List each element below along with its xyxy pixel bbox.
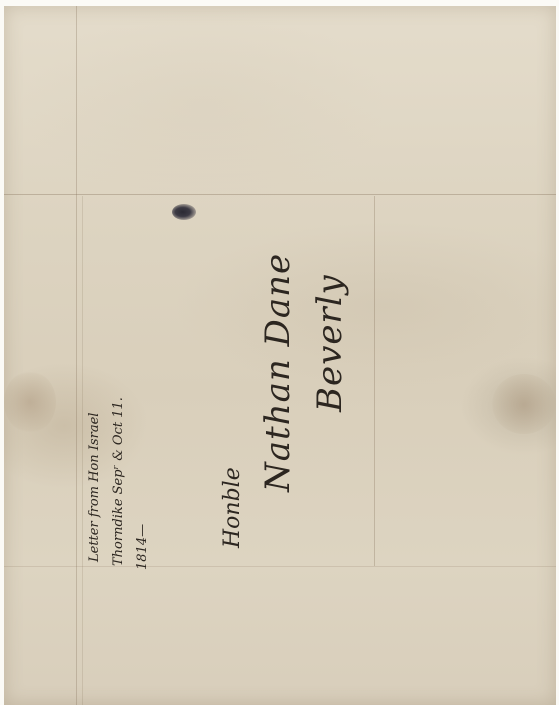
fold-line-right xyxy=(374,196,375,566)
address-honorific: Honble xyxy=(220,467,245,548)
docket-line-3: 1814— xyxy=(134,524,151,570)
fold-line-bottom xyxy=(4,566,556,567)
ink-blot xyxy=(172,204,196,220)
address-place: Beverly xyxy=(310,274,350,412)
wax-seal-mark-right xyxy=(492,374,556,434)
docket-line-2: Thorndike Sepʳ & Oct 11. xyxy=(110,397,127,566)
docket-line-1: Letter from Hon Israel xyxy=(86,413,103,562)
fold-line-inner-left xyxy=(82,196,83,705)
fold-line-left xyxy=(76,6,77,705)
fold-line-top xyxy=(4,194,556,195)
wax-seal-mark-left xyxy=(4,371,56,433)
address-name: Nathan Dane xyxy=(258,253,298,492)
